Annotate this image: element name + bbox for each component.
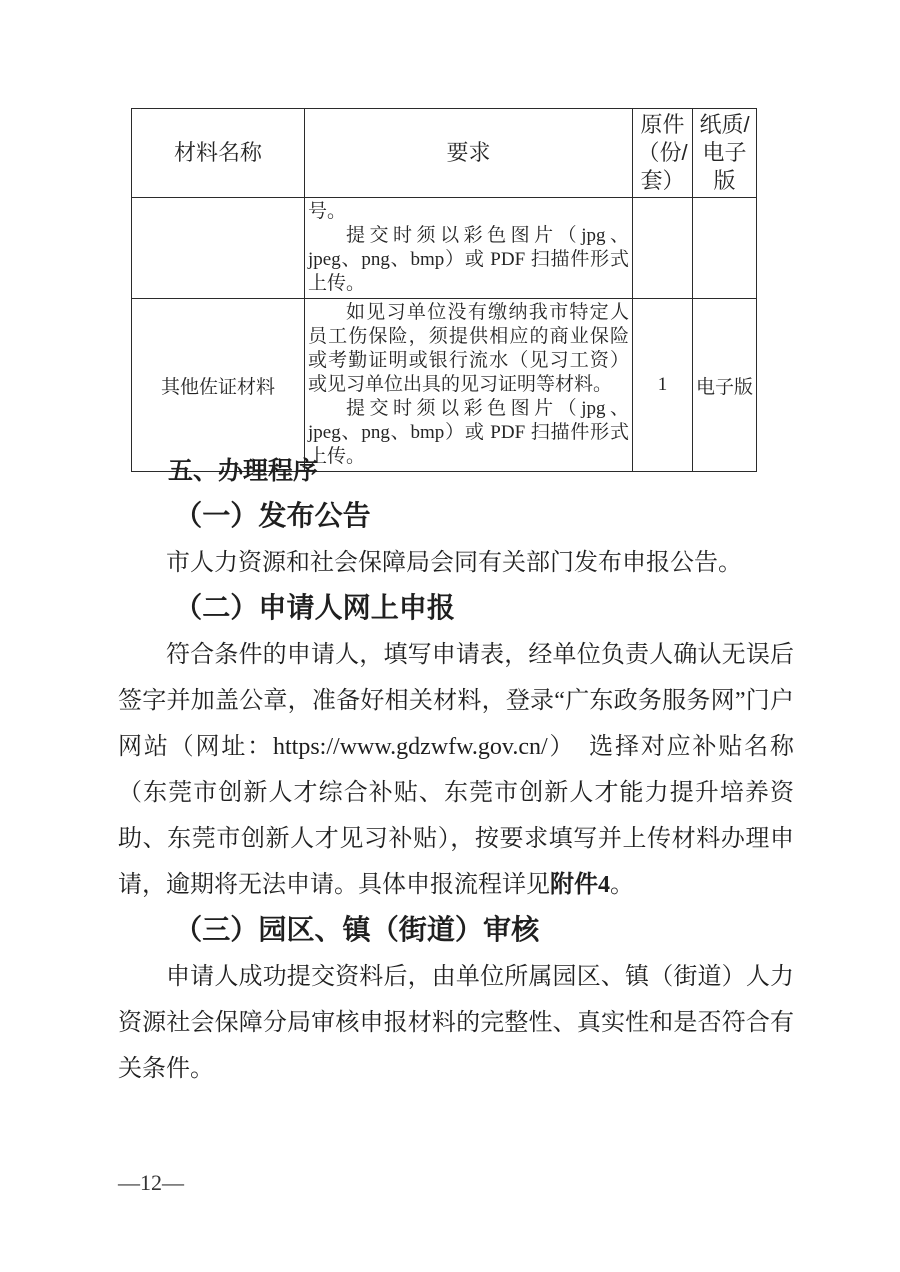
subsection-heading-announcement: （一）发布公告: [118, 494, 794, 540]
section-heading-procedures: 五、办理程序: [118, 448, 794, 494]
cell-format: 电子版: [693, 299, 757, 472]
cell-material-name: 其他佐证材料: [132, 299, 305, 472]
paragraph-text: 符合条件的申请人，填写申请表，经单位负责人确认无误后签字并加盖公章，准备好相关材…: [118, 642, 794, 898]
header-format: 纸质/电子版: [693, 109, 757, 198]
document-body: 五、办理程序 （一）发布公告 市人力资源和社会保障局会同有关部门发布申报公告。 …: [118, 448, 794, 1092]
requirement-paragraph: 如见习单位没有缴纳我市特定人员工伤保险，须提供相应的商业保险或考勤证明或银行流水…: [308, 301, 629, 397]
page-number: —12—: [118, 1170, 184, 1196]
cell-requirement: 如见习单位没有缴纳我市特定人员工伤保险，须提供相应的商业保险或考勤证明或银行流水…: [305, 299, 633, 472]
cell-format: [693, 198, 757, 299]
paragraph-text: 。: [610, 872, 634, 898]
document-page: 材料名称 要求 原件（份/套） 纸质/电子版 号。 提交时须以彩色图片（jpg、…: [0, 0, 900, 1272]
cell-original-copies: [633, 198, 693, 299]
cell-requirement: 号。 提交时须以彩色图片（jpg、jpeg、png、bmp）或 PDF 扫描件形…: [305, 198, 633, 299]
cell-material-name: [132, 198, 305, 299]
header-material-name: 材料名称: [132, 109, 305, 198]
table-row: 其他佐证材料 如见习单位没有缴纳我市特定人员工伤保险，须提供相应的商业保险或考勤…: [132, 299, 757, 472]
paragraph-district-review: 申请人成功提交资料后，由单位所属园区、镇（街道）人力资源社会保障分局审核申报材料…: [118, 954, 794, 1092]
requirement-paragraph: 提交时须以彩色图片（jpg、jpeg、png、bmp）或 PDF 扫描件形式上传…: [308, 224, 629, 296]
header-requirement: 要求: [305, 109, 633, 198]
table-header-row: 材料名称 要求 原件（份/套） 纸质/电子版: [132, 109, 757, 198]
paragraph-announcement: 市人力资源和社会保障局会同有关部门发布申报公告。: [118, 540, 794, 586]
subsection-heading-online-application: （二）申请人网上申报: [118, 586, 794, 632]
table-row: 号。 提交时须以彩色图片（jpg、jpeg、png、bmp）或 PDF 扫描件形…: [132, 198, 757, 299]
requirement-paragraph: 号。: [308, 200, 629, 224]
cell-original-copies: 1: [633, 299, 693, 472]
subsection-heading-district-review: （三）园区、镇（街道）审核: [118, 908, 794, 954]
materials-requirements-table: 材料名称 要求 原件（份/套） 纸质/电子版 号。 提交时须以彩色图片（jpg、…: [131, 108, 757, 472]
header-original-copies: 原件（份/套）: [633, 109, 693, 198]
attachment-reference: 附件4: [550, 872, 610, 898]
paragraph-online-application: 符合条件的申请人，填写申请表，经单位负责人确认无误后签字并加盖公章，准备好相关材…: [118, 632, 794, 908]
